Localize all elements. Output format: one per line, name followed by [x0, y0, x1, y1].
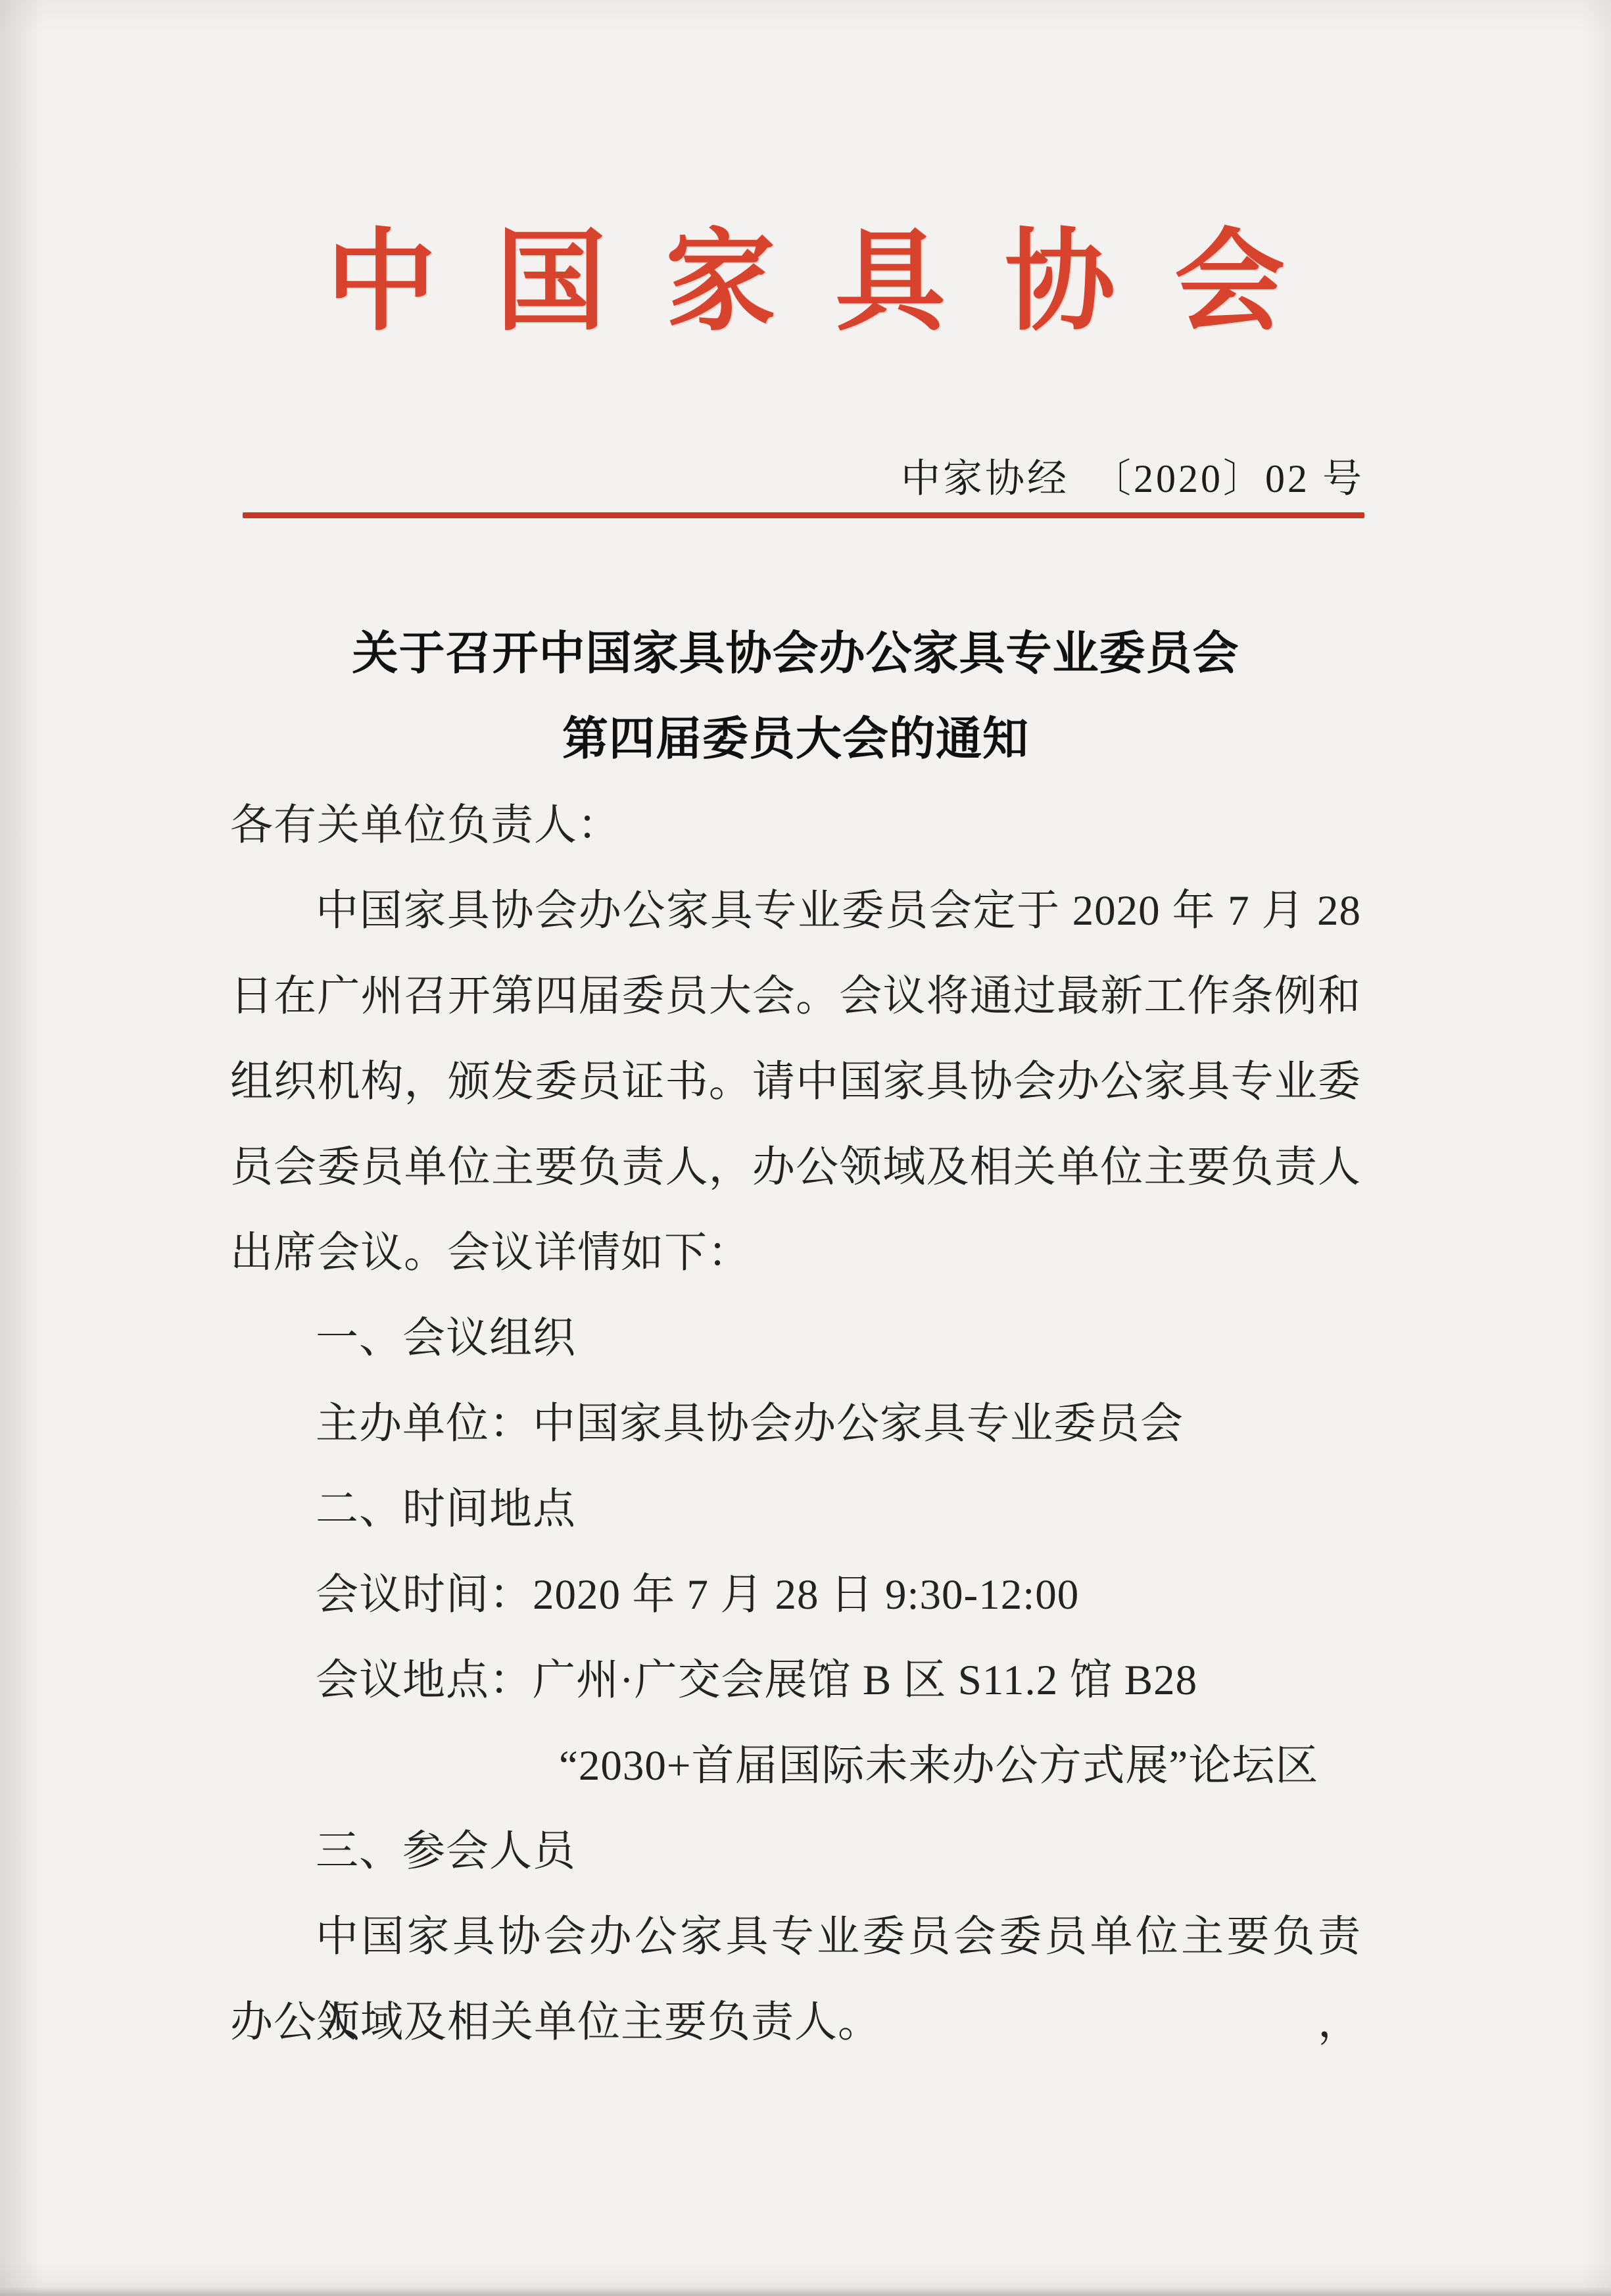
body-line: 一、会议组织 — [230, 1296, 1361, 1381]
document-title-line-1: 关于召开中国家具协会办公家具专业委员会 — [230, 612, 1361, 697]
body-line: “2030+首届国际未来办公方式展”论坛区 — [230, 1723, 1361, 1809]
masthead: 中国家具协会 — [0, 217, 1611, 383]
body-line: 出席会议。会议详情如下： — [230, 1210, 1361, 1296]
body-line: 会议地点：广州·广交会展馆 B 区 S11.2 馆 B28 — [230, 1638, 1361, 1723]
scanned-document-page: 中国家具协会 中家协经 〔2020〕02 号 关于召开中国家具协会办公家具专业委… — [0, 0, 1611, 2296]
body-line: 组织机构，颁发委员证书。请中国家具协会办公家具专业委 — [230, 1039, 1361, 1125]
red-divider-line — [243, 512, 1364, 518]
body-line: 二、时间地点 — [230, 1467, 1361, 1552]
body-line: 中国家具协会办公家具专业委员会委员单位主要负责人， — [230, 1894, 1361, 1980]
body-line: 中国家具协会办公家具专业委员会定于 2020 年 7 月 28 — [230, 868, 1361, 954]
body-line: 主办单位：中国家具协会办公家具专业委员会 — [230, 1381, 1361, 1467]
org-name-title: 中国家具协会 — [326, 222, 1344, 344]
document-body: 关于召开中国家具协会办公家具专业委员会 第四届委员大会的通知 各有关单位负责人：… — [230, 612, 1361, 2065]
body-line: 日在广州召开第四届委员大会。会议将通过最新工作条例和 — [230, 954, 1361, 1039]
body-line: 会议时间：2020 年 7 月 28 日 9:30-12:00 — [230, 1552, 1361, 1638]
document-title-line-2: 第四届委员大会的通知 — [230, 697, 1361, 783]
body-line: 各有关单位负责人： — [230, 783, 1361, 868]
document-ref-number: 中家协经 〔2020〕02 号 — [901, 452, 1364, 505]
body-line: 员会委员单位主要负责人，办公领域及相关单位主要负责人 — [230, 1125, 1361, 1210]
body-paragraph-lines: 各有关单位负责人：中国家具协会办公家具专业委员会定于 2020 年 7 月 28… — [230, 783, 1361, 2065]
body-line: 三、参会人员 — [230, 1809, 1361, 1894]
